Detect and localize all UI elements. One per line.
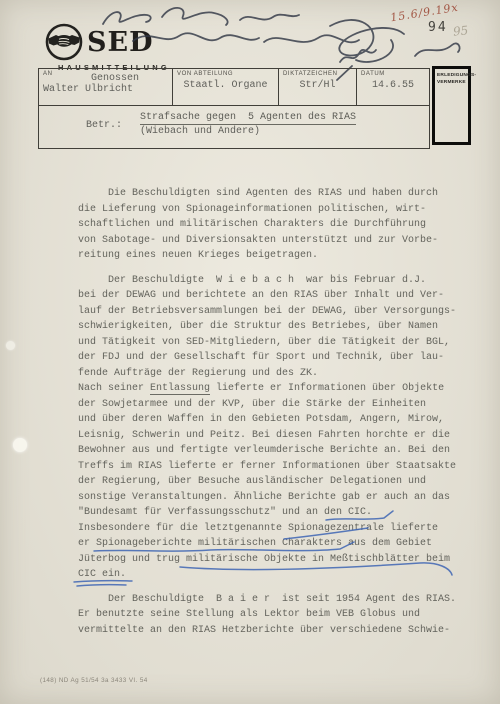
body-line: fende Aufträge der Regierung und des ZK.	[78, 366, 470, 382]
document-scan: SED HAUSMITTEILUNG 15.6/9.19x 94 95 AN G…	[0, 0, 500, 704]
handwritten-red-note: 15.6/9.19x	[389, 1, 459, 25]
field-dikt-label: DIKTATZEICHEN	[279, 69, 356, 77]
field-datum-label: DATUM	[357, 69, 429, 77]
typed-text: er Spionageberichte militärischen Charak…	[78, 538, 432, 549]
typed-text: und über deren Waffen in den Gebieten Po…	[78, 414, 444, 425]
body-line: und über deren Waffen in den Gebieten Po…	[78, 412, 470, 428]
body-line: lauf der Betriebsversammlungen bei der D…	[78, 304, 470, 320]
typed-text: lauf der Betriebsversammlungen bei der D…	[78, 306, 456, 317]
typed-text: Er benutzte seine Stellung als Lektor be…	[78, 609, 420, 620]
field-dikt-value: Str/Hl	[279, 80, 356, 91]
typed-text: die Lieferung von Spionageinformationen …	[78, 204, 426, 215]
typed-text: Der Beschuldigte B a i e r ist seit 1954…	[108, 594, 456, 605]
field-datum: DATUM 14.6.55	[357, 69, 429, 105]
body-line: Er benutzte seine Stellung als Lektor be…	[78, 607, 470, 623]
routing-form-row: AN Genossen Walter Ulbricht VON ABTEILUN…	[39, 69, 429, 106]
body-line: die Lieferung von Spionageinformationen …	[78, 202, 470, 218]
field-datum-value: 14.6.55	[357, 80, 429, 91]
letterhead: SED HAUSMITTEILUNG	[44, 22, 170, 72]
body-line: Nach seiner Entlassung lieferte er Infor…	[78, 381, 470, 397]
field-von-value: Staatl. Organe	[173, 80, 278, 91]
field-an: AN Genossen Walter Ulbricht	[39, 69, 173, 105]
punch-hole	[6, 341, 15, 350]
field-an-value-line1: Genossen	[39, 73, 172, 84]
body-line: bei der DEWAG und berichtete an den RIAS…	[78, 288, 470, 304]
sed-handshake-emblem-icon	[44, 22, 84, 62]
subject-line2: (Wiebach und Andere)	[140, 126, 356, 137]
field-von-label: VON ABTEILUNG	[173, 69, 278, 77]
typed-underlined-text: Entlassung	[150, 383, 210, 395]
typed-text: der Regierung, über Besuche ausländische…	[78, 476, 426, 487]
body-line: schaftlichen und militärischen Charakter…	[78, 217, 470, 233]
routing-form: AN Genossen Walter Ulbricht VON ABTEILUN…	[38, 68, 430, 149]
typed-text: Bewohner aus und fertigte verleumderisch…	[78, 445, 450, 456]
page-number-faint: 95	[452, 23, 469, 39]
body-line: und Tätigkeit von SED-Mitgliedern, über …	[78, 335, 470, 351]
body-line: vermittelte an den RIAS Hetzberichte übe…	[78, 623, 470, 639]
subject-block: Strafsache gegen 5 Agenten des RIAS (Wie…	[140, 112, 356, 148]
page-number: 94	[428, 20, 448, 35]
typed-text: Insbesondere für die letztgenannte Spion…	[78, 523, 438, 534]
erledigungsvermerke-label: ERLEDIGUNGS- VERMERKE	[435, 69, 468, 86]
typed-text: Jüterbog und trug militärische Objekte i…	[78, 554, 450, 565]
body-line: Der Beschuldigte B a i e r ist seit 1954…	[78, 592, 470, 608]
typed-text: bei der DEWAG und berichtete an den RIAS…	[78, 290, 444, 301]
body-line: der FDJ und der Gesellschaft für Sport u…	[78, 350, 470, 366]
body-line: der Sowjetarmee und der KVP, über die St…	[78, 397, 470, 413]
typed-text: schwierigkeiten, über die Struktur des B…	[78, 321, 438, 332]
typed-text: fende Aufträge der Regierung und des ZK.	[78, 368, 318, 379]
typed-text: vermittelte an den RIAS Hetzberichte übe…	[78, 625, 450, 636]
body-line: Bewohner aus und fertigte verleumderisch…	[78, 443, 470, 459]
betreff-label: Betr.:	[86, 120, 122, 148]
typed-text: CIC ein.	[78, 569, 126, 580]
body-line: der Regierung, über Besuche ausländische…	[78, 474, 470, 490]
typed-text: Leisnig, Schwerin und Peitz. Bei diesen …	[78, 430, 450, 441]
typed-text: "Bundesamt für Verfassungsschutz" und an…	[78, 507, 372, 518]
body-line: CIC ein.	[78, 567, 470, 583]
body-line: "Bundesamt für Verfassungsschutz" und an…	[78, 505, 470, 521]
body-line: Die Beschuldigten sind Agenten des RIAS …	[78, 186, 470, 202]
typed-text: Treffs im RIAS lieferte er ferner Inform…	[78, 461, 456, 472]
punch-hole	[13, 438, 27, 452]
typed-text: von Sabotage- und Diversionsakten unters…	[78, 235, 438, 246]
field-an-value-line2: Walter Ulbricht	[39, 84, 172, 95]
typed-text: Der Beschuldigte W i e b a c h war bis F…	[108, 275, 426, 286]
vermerk-label-line1: ERLEDIGUNGS-	[437, 72, 468, 79]
org-name: SED	[87, 29, 154, 56]
typed-text: schaftlichen und militärischen Charakter…	[78, 219, 426, 230]
typed-text: Die Beschuldigten sind Agenten des RIAS …	[108, 188, 438, 199]
body-line: er Spionageberichte militärischen Charak…	[78, 536, 470, 552]
print-code: (148) ND Ag 51/54 3a 3433 VI. 54	[40, 677, 148, 684]
typed-text: sonstige Veranstaltungen. Ähnliche Beric…	[78, 492, 450, 503]
subject-line1: Strafsache gegen 5 Agenten des RIAS	[140, 112, 356, 125]
body-line: Treffs im RIAS lieferte er ferner Inform…	[78, 459, 470, 475]
body-line: Insbesondere für die letztgenannte Spion…	[78, 521, 470, 537]
subject-row: Betr.: Strafsache gegen 5 Agenten des RI…	[39, 106, 429, 148]
body-line: Jüterbog und trug militärische Objekte i…	[78, 552, 470, 568]
body-line: Der Beschuldigte W i e b a c h war bis F…	[78, 273, 470, 289]
body-line: schwierigkeiten, über die Struktur des B…	[78, 319, 470, 335]
typed-text: lieferte er Informationen über Objekte	[210, 383, 444, 394]
erledigungsvermerke-box: ERLEDIGUNGS- VERMERKE	[432, 66, 471, 145]
typed-text: der Sowjetarmee und der KVP, über die St…	[78, 399, 426, 410]
typed-text: und Tätigkeit von SED-Mitgliedern, über …	[78, 337, 450, 348]
vermerk-label-line2: VERMERKE	[437, 79, 468, 86]
body-text: Die Beschuldigten sind Agenten des RIAS …	[78, 186, 470, 638]
field-diktatzeichen: DIKTATZEICHEN Str/Hl	[279, 69, 357, 105]
body-line: reitung eines neuen Krieges beigetragen.	[78, 248, 470, 264]
typed-text: reitung eines neuen Krieges beigetragen.	[78, 250, 318, 261]
typed-text: Nach seiner	[78, 383, 150, 394]
body-line: von Sabotage- und Diversionsakten unters…	[78, 233, 470, 249]
field-von-abteilung: VON ABTEILUNG Staatl. Organe	[173, 69, 279, 105]
body-line: Leisnig, Schwerin und Peitz. Bei diesen …	[78, 428, 470, 444]
typed-text: der FDJ und der Gesellschaft für Sport u…	[78, 352, 444, 363]
body-line: sonstige Veranstaltungen. Ähnliche Beric…	[78, 490, 470, 506]
